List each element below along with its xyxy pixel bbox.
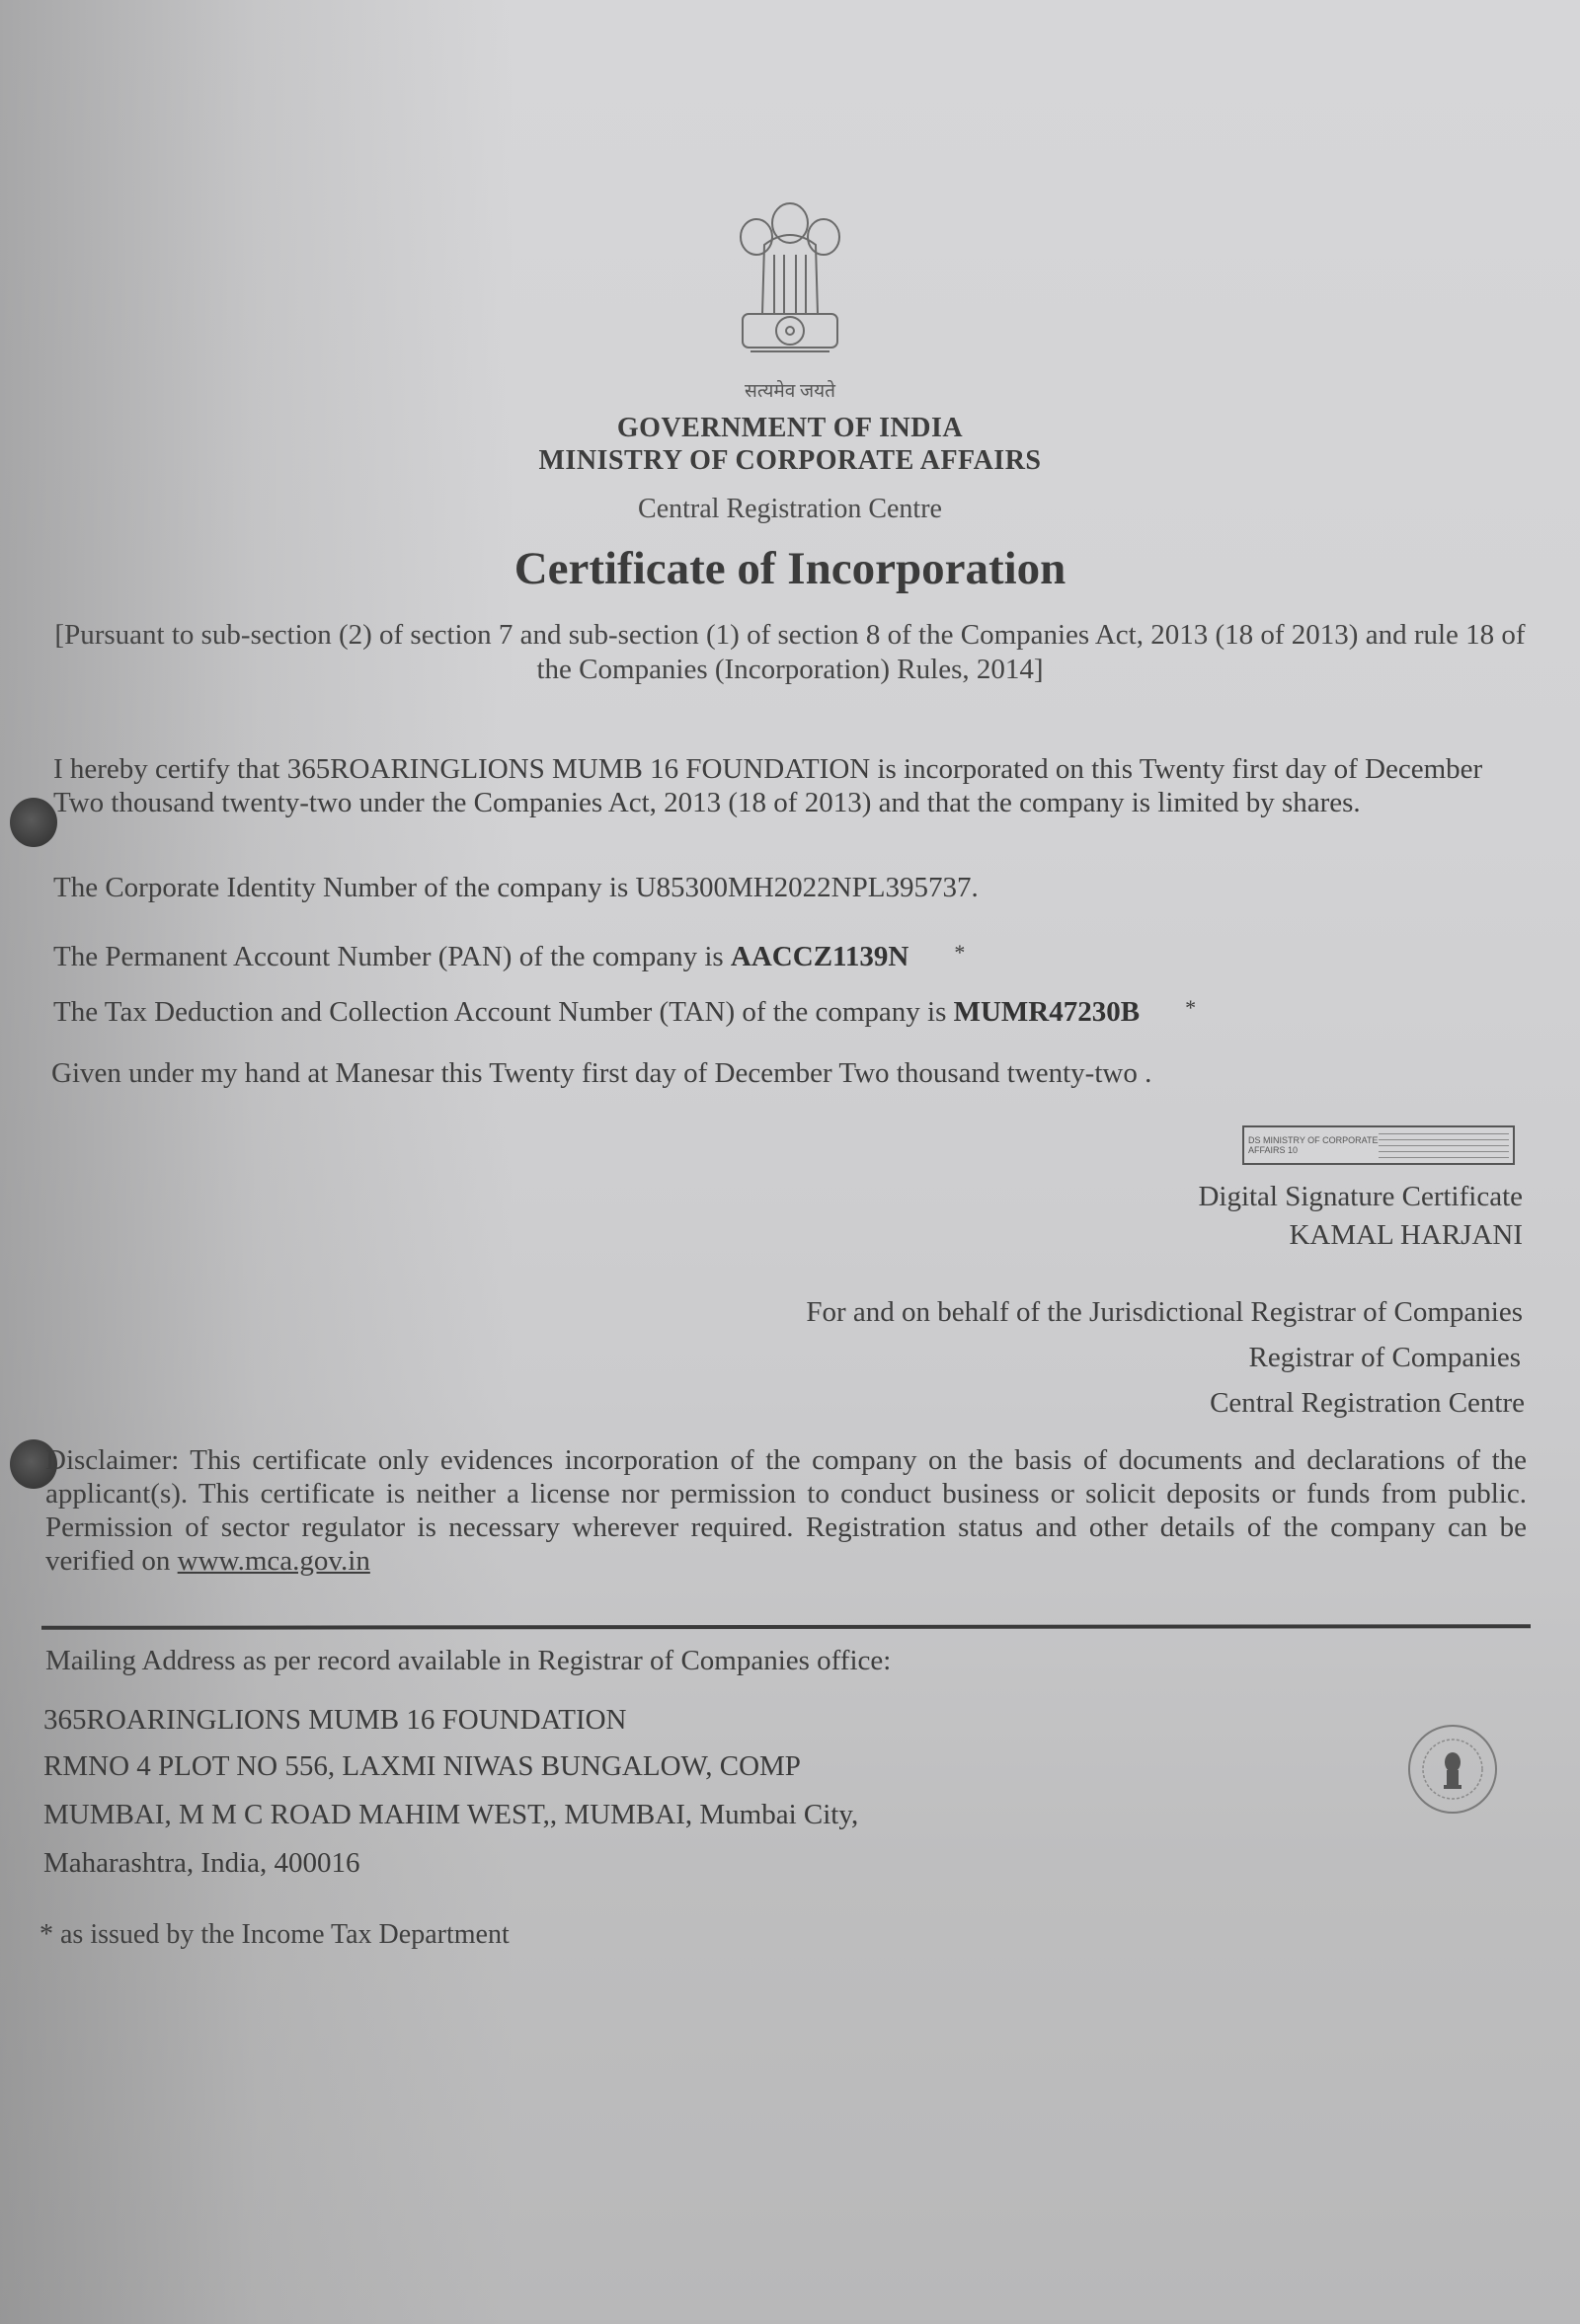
pan-value: AACCZ1139N <box>731 941 908 972</box>
given-statement: Given under my hand at Manesar this Twen… <box>51 1056 1151 1090</box>
centre-subheading: Central Registration Centre <box>0 494 1580 525</box>
asterisk-mark: * <box>954 936 965 969</box>
registrar-line: Registrar of Companies <box>1249 1342 1521 1374</box>
mailing-heading: Mailing Address as per record available … <box>45 1645 891 1677</box>
address-line: RMNO 4 PLOT NO 556, LAXMI NIWAS BUNGALOW… <box>43 1750 801 1783</box>
cin-label: The Corporate Identity Number of the com… <box>53 872 636 903</box>
punch-hole <box>10 798 57 847</box>
tan-label: The Tax Deduction and Collection Account… <box>53 996 954 1028</box>
pursuant-clause: [Pursuant to sub-section (2) of section … <box>49 618 1531 687</box>
divider <box>41 1624 1531 1630</box>
tan-value: MUMR47230B <box>954 996 1140 1028</box>
government-heading: GOVERNMENT OF INDIA <box>0 413 1580 444</box>
pan-label: The Permanent Account Number (PAN) of th… <box>53 941 731 972</box>
signer-name: KAMAL HARJANI <box>1289 1219 1523 1252</box>
pan-line: The Permanent Account Number (PAN) of th… <box>53 936 965 973</box>
mca-link[interactable]: www.mca.gov.in <box>178 1545 370 1577</box>
address-line: MUMBAI, M M C ROAD MAHIM WEST,, MUMBAI, … <box>43 1799 858 1831</box>
tan-line: The Tax Deduction and Collection Account… <box>53 991 1196 1029</box>
dsc-title: Digital Signature Certificate <box>1198 1181 1523 1213</box>
certificate-title: Certificate of Incorporation <box>0 542 1580 595</box>
motto: सत्यमेव जयते <box>0 377 1580 403</box>
ministry-seal-icon <box>1406 1723 1499 1816</box>
registrar-centre-line: Central Registration Centre <box>1210 1387 1525 1420</box>
digital-signature-stamp: DS MINISTRY OF CORPORATE AFFAIRS 10 <box>1242 1125 1515 1165</box>
signature-detail-lines <box>1379 1130 1509 1160</box>
behalf-line: For and on behalf of the Jurisdictional … <box>806 1296 1523 1329</box>
address-line: Maharashtra, India, 400016 <box>43 1847 360 1880</box>
asterisk-mark: * <box>1185 991 1196 1025</box>
footnote: * as issued by the Income Tax Department <box>39 1919 510 1951</box>
address-line: 365ROARINGLIONS MUMB 16 FOUNDATION <box>43 1704 627 1737</box>
ministry-heading: MINISTRY OF CORPORATE AFFAIRS <box>0 445 1580 477</box>
state-emblem-icon <box>721 186 859 383</box>
disclaimer: Disclaimer: This certificate only eviden… <box>45 1443 1527 1578</box>
certify-statement: I hereby certify that 365ROARINGLIONS MU… <box>53 752 1525 819</box>
cin-value: U85300MH2022NPL395737. <box>636 872 979 903</box>
cin-line: The Corporate Identity Number of the com… <box>53 871 979 904</box>
ds-label: DS MINISTRY OF CORPORATE AFFAIRS 10 <box>1248 1135 1379 1155</box>
